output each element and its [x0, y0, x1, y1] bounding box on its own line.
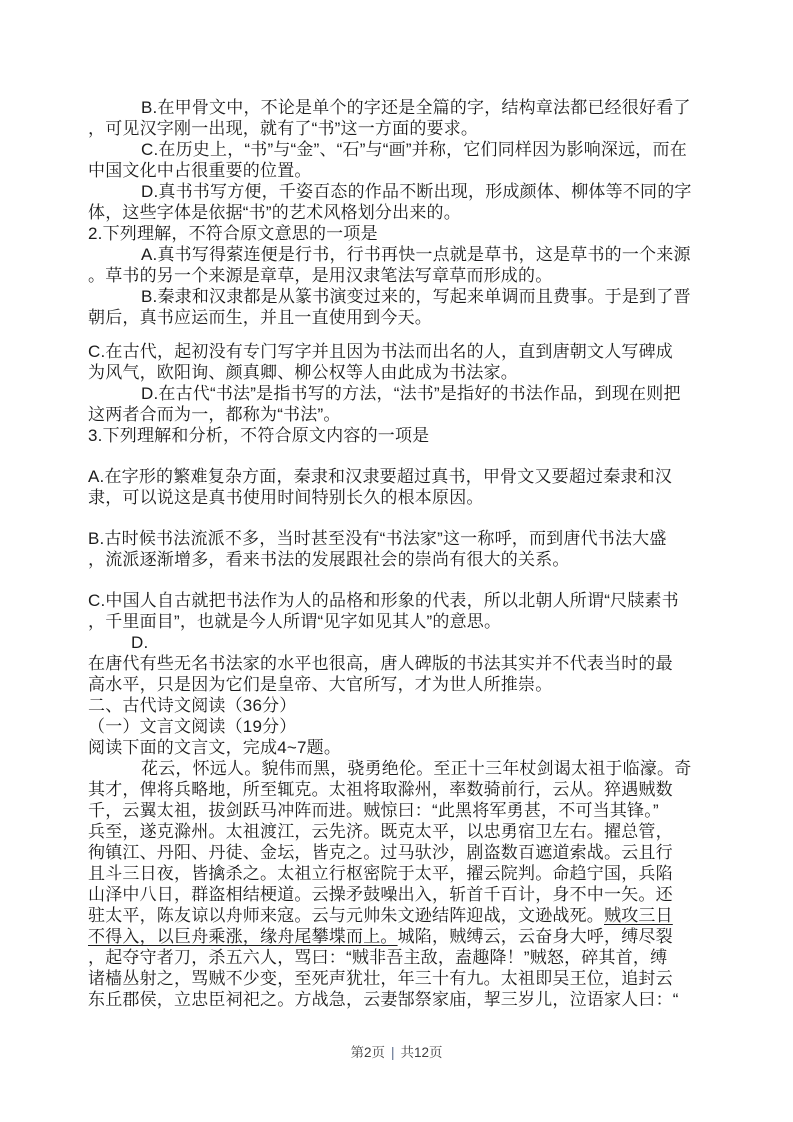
text-line: B.秦隶和汉隶都是从篆书演变过来的，写起来单调而且费事。于是到了晋: [88, 286, 728, 307]
text-line: C.在古代，起初没有专门写字并且因为书法而出名的人，直到唐朝文人写碑成: [88, 341, 728, 362]
text-line: A.在字形的繁难复杂方面，秦隶和汉隶要超过真书，甲骨文又要超过秦隶和汉: [88, 466, 728, 487]
text-line: 千，云翼太祖，拔剑跃马冲阵而进。贼惊曰：“此黑将军勇甚，不可当其锋。”: [88, 800, 728, 821]
underlined-passage: 不得入，以巨舟乘涨，缘舟尾攀堞而上。: [88, 927, 398, 946]
text-line: （一）文言文阅读（19分）: [88, 716, 728, 737]
document-page: B.在甲骨文中，不论是单个的字还是全篇的字，结构章法都已经很好看了，可见汉字刚一…: [0, 0, 793, 1122]
text-line: 这两者合而为一，都称为“书法”。: [88, 404, 728, 425]
text-line: 东丘郡侯，立忠臣祠祀之。方战急，云妻郜祭家庙，挈三岁儿，泣语家人曰：“: [88, 989, 728, 1010]
document-body: B.在甲骨文中，不论是单个的字还是全篇的字，结构章法都已经很好看了，可见汉字刚一…: [88, 97, 728, 1010]
total-pages: 共12页: [401, 1045, 443, 1060]
text-line: D.真书书写方便，千姿百态的作品不断出现，形成颜体、柳体等不同的字: [88, 181, 728, 202]
text-line: 在唐代有些无名书法家的水平也很高，唐人碑版的书法其实并不代表当时的最: [88, 653, 728, 674]
text-line: 3.下列理解和分析，不符合原文内容的一项是: [88, 425, 728, 446]
text-line: 为风气，欧阳询、颜真卿、柳公权等人由此成为书法家。: [88, 362, 728, 383]
text-segment: 城陷，贼缚云，云奋身大呼，缚尽裂: [398, 927, 673, 946]
text-line: 驻太平，陈友谅以舟师来寇。云与元帅朱文逊结阵迎战，文逊战死。贼攻三日: [88, 905, 728, 926]
footer-separator: |: [385, 1045, 401, 1060]
text-line: A.真书写得萦连便是行书，行书再快一点就是草书，这是草书的一个来源: [88, 244, 728, 265]
text-line: D.在古代“书法”是指书写的方法，“法书”是指好的书法作品，到现在则把: [88, 383, 728, 404]
page-number: 第2页: [350, 1045, 385, 1060]
text-line: 二、古代诗文阅读（36分）: [88, 695, 728, 716]
text-line: B.古时候书法流派不多，当时甚至没有“书法家”这一称呼，而到唐代书法大盛: [88, 528, 728, 549]
text-line: 体，这些字体是依据“书”的艺术风格划分出来的。: [88, 202, 728, 223]
text-line: ，起夺守者刀，杀五六人，骂曰：“贼非吾主敌，盍趣降！”贼怒，碎其首，缚: [88, 947, 728, 968]
text-line: 2.下列理解，不符合原文意思的一项是: [88, 223, 728, 244]
underlined-passage: 贼攻三日: [604, 906, 673, 925]
text-line: 不得入，以巨舟乘涨，缘舟尾攀堞而上。城陷，贼缚云，云奋身大呼，缚尽裂: [88, 926, 728, 947]
text-line: 。草书的另一个来源是章草，是用汉隶笔法写章草而形成的。: [88, 265, 728, 286]
text-line: 朝后，真书应运而生，并且一直使用到今天。: [88, 307, 728, 328]
text-line: ，流派逐渐增多，看来书法的发展跟社会的崇尚有很大的关系。: [88, 549, 728, 570]
text-line: D.: [88, 632, 728, 653]
text-line: ，千里面目”，也就是今人所谓“见字如见其人”的意思。: [88, 611, 728, 632]
text-line: C.在历史上，“书”与“金”、“石”与“画”并称，它们同样因为影响深远，而在: [88, 139, 728, 160]
text-line: 高水平，只是因为它们是皇帝、大官所写，才为世人所推崇。: [88, 674, 728, 695]
text-line: 山泽中八日，群盗相结梗道。云操矛鼓噪出入，斩首千百计，身不中一矢。还: [88, 884, 728, 905]
text-segment: 驻太平，陈友谅以舟师来寇。云与元帅朱文逊结阵迎战，文逊战死。: [88, 906, 604, 925]
text-line: C.中国人自古就把书法作为人的品格和形象的代表，所以北朝人所谓“尺牍素书: [88, 590, 728, 611]
text-line: 其才，俾将兵略地，所至辄克。太祖将取滁州，率数骑前行，云从。猝遇贼数: [88, 779, 728, 800]
text-line: 花云，怀远人。貌伟而黑，骁勇绝伦。至正十三年杖剑谒太祖于临濠。奇: [88, 758, 728, 779]
text-line: 且斗三日夜，皆擒杀之。太祖立行枢密院于太平，擢云院判。命趋宁国，兵陷: [88, 863, 728, 884]
text-line: 兵至，遂克滁州。太祖渡江，云先济。既克太平，以忠勇宿卫左右。擢总管，: [88, 821, 728, 842]
text-line: 隶，可以说这是真书使用时间特别长久的根本原因。: [88, 487, 728, 508]
text-line: 诸樯丛射之，骂贼不少变，至死声犹壮，年三十有九。太祖即吴王位，追封云: [88, 968, 728, 989]
text-line: 徇镇江、丹阳、丹徒、金坛，皆克之。过马驮沙，剧盗数百遮道索战。云且行: [88, 842, 728, 863]
text-line: ，可见汉字刚一出现，就有了“书”这一方面的要求。: [88, 118, 728, 139]
text-line: 中国文化中占很重要的位置。: [88, 160, 728, 181]
text-line: B.在甲骨文中，不论是单个的字还是全篇的字，结构章法都已经很好看了: [88, 97, 728, 118]
page-footer: 第2页|共12页: [0, 1044, 793, 1061]
text-line: 阅读下面的文言文，完成4~7题。: [88, 737, 728, 758]
